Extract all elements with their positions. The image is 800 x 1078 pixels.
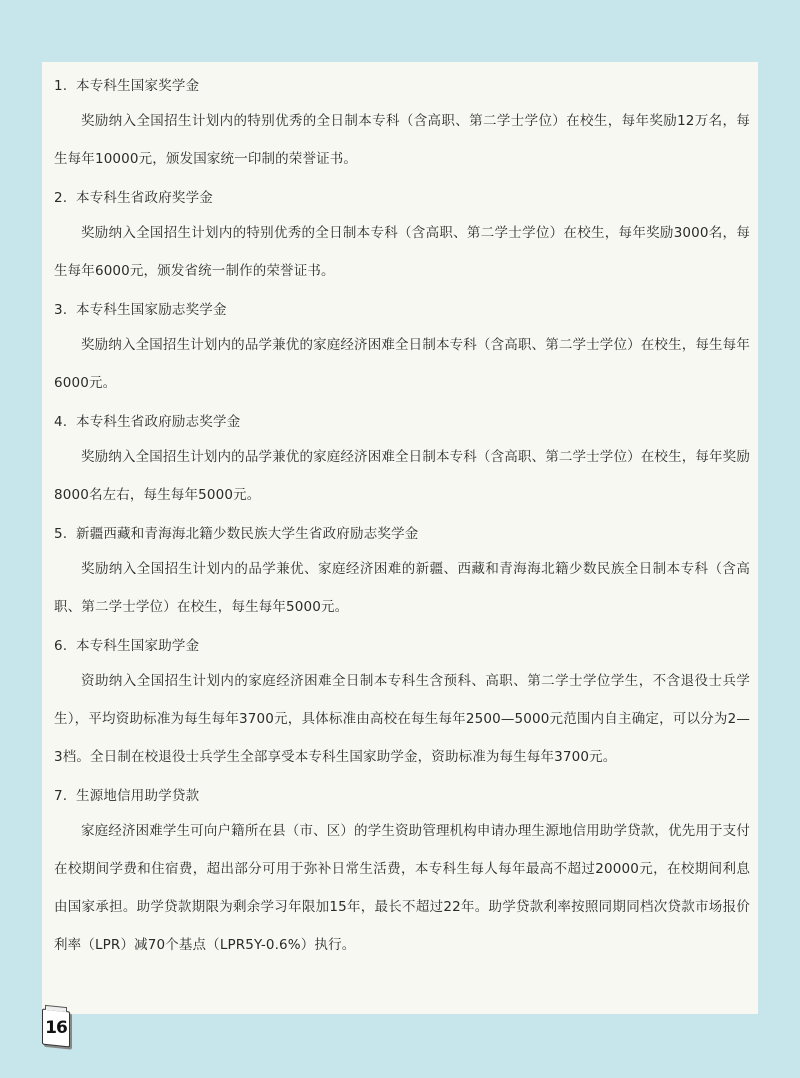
section-minority-scholarship: 5.新疆西藏和青海海北籍少数民族大学生省政府励志奖学金 奖励纳入全国招生计划内的…: [54, 524, 750, 626]
section-paragraph: 奖励纳入全国招生计划内的特别优秀的全日制本专科（含高职、第二学士学位）在校生，每…: [54, 102, 750, 178]
section-national-grant: 6.本专科生国家助学金 资助纳入全国招生计划内的家庭经济困难全日制本专科生含预科…: [54, 636, 750, 776]
section-heading: 本专科生国家奖学金: [76, 78, 199, 94]
section-title: 3.本专科生国家励志奖学金: [54, 300, 750, 320]
section-number: 1.: [54, 76, 76, 96]
page-number: 16: [44, 1018, 68, 1038]
section-heading: 本专科生国家励志奖学金: [76, 302, 227, 318]
section-heading: 本专科生省政府奖学金: [76, 190, 213, 206]
section-title: 6.本专科生国家助学金: [54, 636, 750, 656]
section-number: 2.: [54, 188, 76, 208]
section-title: 7.生源地信用助学贷款: [54, 786, 750, 806]
section-heading: 本专科生省政府励志奖学金: [76, 414, 240, 430]
page-number-badge: 16: [42, 1010, 70, 1046]
section-paragraph: 资助纳入全国招生计划内的家庭经济困难全日制本专科生含预科、高职、第二学士学位学生…: [54, 662, 750, 776]
section-heading: 新疆西藏和青海海北籍少数民族大学生省政府励志奖学金: [76, 526, 419, 542]
section-title: 2.本专科生省政府奖学金: [54, 188, 750, 208]
section-national-encouragement-scholarship: 3.本专科生国家励志奖学金 奖励纳入全国招生计划内的品学兼优的家庭经济困难全日制…: [54, 300, 750, 402]
section-provincial-scholarship: 2.本专科生省政府奖学金 奖励纳入全国招生计划内的特别优秀的全日制本专科（含高职…: [54, 188, 750, 290]
section-paragraph: 奖励纳入全国招生计划内的品学兼优的家庭经济困难全日制本专科（含高职、第二学士学位…: [54, 326, 750, 402]
section-heading: 本专科生国家助学金: [76, 638, 199, 654]
content-card: 1.本专科生国家奖学金 奖励纳入全国招生计划内的特别优秀的全日制本专科（含高职、…: [42, 62, 758, 1014]
section-national-scholarship: 1.本专科生国家奖学金 奖励纳入全国招生计划内的特别优秀的全日制本专科（含高职、…: [54, 76, 750, 178]
section-paragraph: 奖励纳入全国招生计划内的品学兼优的家庭经济困难全日制本专科（含高职、第二学士学位…: [54, 438, 750, 514]
section-paragraph: 奖励纳入全国招生计划内的特别优秀的全日制本专科（含高职、第二学士学位）在校生，每…: [54, 214, 750, 290]
section-student-loan: 7.生源地信用助学贷款 家庭经济困难学生可向户籍所在县（市、区）的学生资助管理机…: [54, 786, 750, 964]
section-number: 5.: [54, 524, 76, 544]
section-number: 3.: [54, 300, 76, 320]
section-heading: 生源地信用助学贷款: [76, 788, 199, 804]
document-body: 1.本专科生国家奖学金 奖励纳入全国招生计划内的特别优秀的全日制本专科（含高职、…: [54, 76, 750, 974]
section-title: 5.新疆西藏和青海海北籍少数民族大学生省政府励志奖学金: [54, 524, 750, 544]
section-paragraph: 奖励纳入全国招生计划内的品学兼优、家庭经济困难的新疆、西藏和青海海北籍少数民族全…: [54, 550, 750, 626]
section-title: 4.本专科生省政府励志奖学金: [54, 412, 750, 432]
section-number: 7.: [54, 786, 76, 806]
section-paragraph: 家庭经济困难学生可向户籍所在县（市、区）的学生资助管理机构申请办理生源地信用助学…: [54, 812, 750, 964]
section-number: 4.: [54, 412, 76, 432]
section-provincial-encouragement-scholarship: 4.本专科生省政府励志奖学金 奖励纳入全国招生计划内的品学兼优的家庭经济困难全日…: [54, 412, 750, 514]
section-number: 6.: [54, 636, 76, 656]
section-title: 1.本专科生国家奖学金: [54, 76, 750, 96]
